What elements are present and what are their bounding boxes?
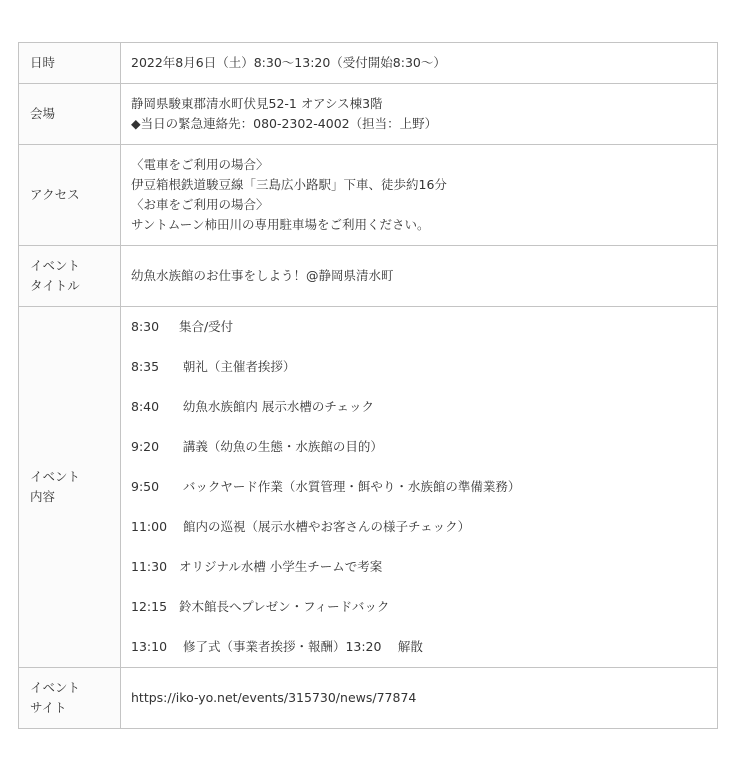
schedule-time: 12:15 [131, 587, 167, 627]
schedule-activity: バックヤード作業（水質管理・餌やり・水族館の準備業務） [183, 479, 521, 494]
access-train-heading: 〈電車をご利用の場合〉 [131, 155, 717, 175]
schedule-activity: オリジナル水槽 小学生チームで考案 [179, 559, 382, 574]
label-text: イベント [30, 256, 120, 276]
row-label-event-site: イベント サイト [19, 668, 121, 729]
schedule-activity: 集合/受付 [179, 319, 233, 334]
spacer [167, 519, 183, 534]
table-row-event-site: イベント サイト https://iko-yo.net/events/31573… [19, 668, 718, 729]
label-text: イベント [30, 678, 120, 698]
table-row-event-title: イベント タイトル 幼魚水族館のお仕事をしよう！@静岡県清水町 [19, 246, 718, 307]
schedule-list: 8:30 集合/受付 8:35 朝礼（主催者挨拶） 8:40 幼魚水族館内 展示… [131, 307, 717, 667]
label-text: イベント [30, 467, 120, 487]
spacer [159, 439, 183, 454]
schedule-item: 12:15 鈴木館長へプレゼン・フィードバック [131, 587, 717, 627]
schedule-item: 13:10 修了式（事業者挨拶・報酬）13:20 解散 [131, 627, 717, 667]
schedule-time: 13:10 [131, 627, 167, 667]
table-row-event-content: イベント 内容 8:30 集合/受付 8:35 朝礼（主催者挨拶） 8:40 幼… [19, 307, 718, 668]
access-car-text: サントムーン柿田川の専用駐車場をご利用ください。 [131, 215, 717, 235]
event-info-table: 日時 2022年8月6日（土）8:30〜13:20（受付開始8:30〜） 会場 … [18, 42, 718, 729]
schedule-item: 9:50 バックヤード作業（水質管理・餌やり・水族館の準備業務） [131, 467, 717, 507]
row-label-date: 日時 [19, 43, 121, 84]
schedule-time: 9:50 [131, 467, 159, 507]
table-row-date: 日時 2022年8月6日（土）8:30〜13:20（受付開始8:30〜） [19, 43, 718, 84]
table-row-access: アクセス 〈電車をご利用の場合〉 伊豆箱根鉄道駿豆線「三島広小路駅」下車、徒歩約… [19, 145, 718, 246]
row-value-access: 〈電車をご利用の場合〉 伊豆箱根鉄道駿豆線「三島広小路駅」下車、徒歩約16分 〈… [121, 145, 718, 246]
schedule-item: 9:20 講義（幼魚の生態・水族館の目的） [131, 427, 717, 467]
row-value-schedule: 8:30 集合/受付 8:35 朝礼（主催者挨拶） 8:40 幼魚水族館内 展示… [121, 307, 718, 668]
label-text: アクセス [30, 185, 120, 205]
schedule-time: 9:20 [131, 427, 159, 467]
schedule-time: 8:30 [131, 307, 159, 347]
access-train-text: 伊豆箱根鉄道駿豆線「三島広小路駅」下車、徒歩約16分 [131, 175, 717, 195]
schedule-activity: 講義（幼魚の生態・水族館の目的） [183, 439, 383, 454]
schedule-time: 11:00 [131, 507, 167, 547]
schedule-time: 8:40 [131, 387, 159, 427]
label-text: 内容 [30, 487, 120, 507]
label-text: 会場 [30, 104, 120, 124]
row-value-venue: 静岡県駿東郡清水町伏見52-1 オアシス棟3階 ◆当日の緊急連絡先：080-23… [121, 84, 718, 145]
row-value-date: 2022年8月6日（土）8:30〜13:20（受付開始8:30〜） [121, 43, 718, 84]
spacer [159, 319, 179, 334]
spacer [159, 479, 183, 494]
access-car-heading: 〈お車をご利用の場合〉 [131, 195, 717, 215]
venue-address: 静岡県駿東郡清水町伏見52-1 オアシス棟3階 [131, 94, 717, 114]
schedule-activity: 鈴木館長へプレゼン・フィードバック [179, 599, 389, 614]
row-label-venue: 会場 [19, 84, 121, 145]
event-title-text: 幼魚水族館のお仕事をしよう！@静岡県清水町 [131, 266, 717, 286]
schedule-item: 11:30 オリジナル水槽 小学生チームで考案 [131, 547, 717, 587]
schedule-item: 8:40 幼魚水族館内 展示水槽のチェック [131, 387, 717, 427]
schedule-item: 11:00 館内の巡視（展示水槽やお客さんの様子チェック） [131, 507, 717, 547]
row-label-event-title: イベント タイトル [19, 246, 121, 307]
label-text: サイト [30, 698, 120, 718]
spacer [159, 399, 183, 414]
table-row-venue: 会場 静岡県駿東郡清水町伏見52-1 オアシス棟3階 ◆当日の緊急連絡先：080… [19, 84, 718, 145]
emergency-contact: ◆当日の緊急連絡先：080-2302-4002（担当：上野） [131, 114, 717, 134]
schedule-activity: 館内の巡視（展示水槽やお客さんの様子チェック） [183, 519, 470, 534]
date-text: 2022年8月6日（土）8:30〜13:20（受付開始8:30〜） [131, 53, 717, 73]
schedule-activity: 朝礼（主催者挨拶） [183, 359, 296, 374]
event-site-url[interactable]: https://iko-yo.net/events/315730/news/77… [131, 688, 717, 708]
schedule-activity: 幼魚水族館内 展示水槽のチェック [183, 399, 374, 414]
spacer [167, 639, 183, 654]
row-value-event-title: 幼魚水族館のお仕事をしよう！@静岡県清水町 [121, 246, 718, 307]
row-label-event-content: イベント 内容 [19, 307, 121, 668]
spacer [159, 359, 183, 374]
spacer [167, 599, 179, 614]
label-text: 日時 [30, 53, 120, 73]
schedule-item: 8:35 朝礼（主催者挨拶） [131, 347, 717, 387]
spacer [167, 559, 179, 574]
schedule-activity: 修了式（事業者挨拶・報酬）13:20 解散 [183, 639, 423, 654]
label-text: タイトル [30, 276, 120, 296]
schedule-time: 11:30 [131, 547, 167, 587]
schedule-item: 8:30 集合/受付 [131, 307, 717, 347]
row-label-access: アクセス [19, 145, 121, 246]
schedule-time: 8:35 [131, 347, 159, 387]
row-value-event-site: https://iko-yo.net/events/315730/news/77… [121, 668, 718, 729]
